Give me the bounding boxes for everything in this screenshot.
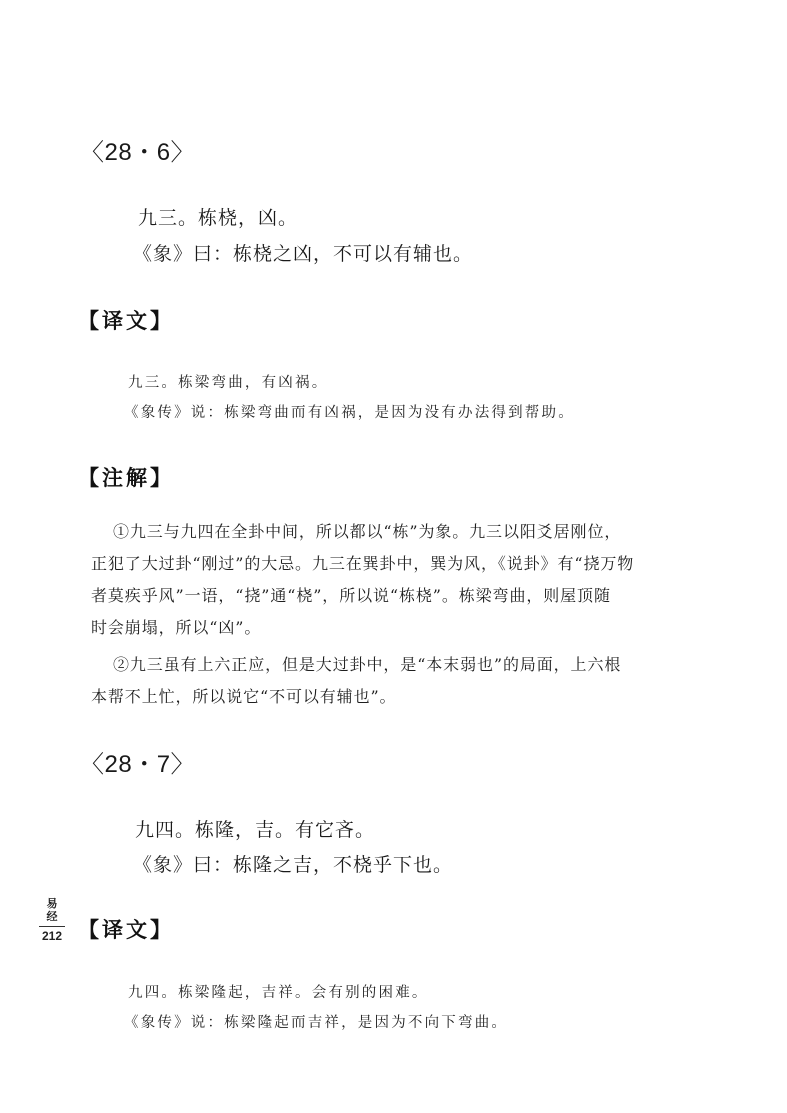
translation-line: 《象传》说：栋梁弯曲而有凶祸，是因为没有办法得到帮助。 (124, 401, 575, 422)
translation-heading: 【译文】 (78, 914, 174, 944)
original-text-line: 《象》曰：栋隆之吉，不桡乎下也。 (133, 850, 453, 877)
section-number-28-7: 〈28・7〉 (80, 744, 195, 779)
section-number-28-6: 〈28・6〉 (80, 132, 195, 167)
original-text-line: 九三。栋桡，凶。 (138, 203, 298, 230)
translation-heading: 【译文】 (78, 305, 174, 335)
divider (39, 926, 65, 927)
page-side-mark: 易 经 212 (38, 897, 66, 943)
translation-line: 《象传》说：栋梁隆起而吉祥，是因为不向下弯曲。 (124, 1011, 508, 1032)
note-line: 时会崩塌，所以“凶”。 (91, 612, 261, 644)
original-text-line: 九四。栋隆，吉。有它吝。 (135, 815, 375, 842)
notes-heading: 【注解】 (78, 462, 174, 492)
original-text-line: 《象》曰：栋桡之凶，不可以有辅也。 (133, 239, 473, 266)
translation-line: 九四。栋梁隆起，吉祥。会有别的困难。 (128, 981, 429, 1002)
note-line: 正犯了大过卦“刚过”的大忌。九三在巽卦中，巽为风，《说卦》有“挠万物 (91, 548, 634, 580)
translation-line: 九三。栋梁弯曲，有凶祸。 (128, 371, 328, 392)
page-number: 212 (38, 929, 66, 943)
book-title-char: 易 (38, 897, 66, 910)
note-line: 本帮不上忙，所以说它“不可以有辅也”。 (91, 681, 396, 713)
note-line: 者莫疾乎风”一语，“挠”通“桡”，所以说“栋桡”。栋梁弯曲，则屋顶随 (91, 580, 611, 612)
book-title-char: 经 (38, 910, 66, 923)
note-line: ②九三虽有上六正应，但是大过卦中，是“本末弱也”的局面，上六根 (113, 649, 621, 681)
note-line: ①九三与九四在全卦中间，所以都以“栋”为象。九三以阳爻居刚位， (113, 516, 621, 548)
